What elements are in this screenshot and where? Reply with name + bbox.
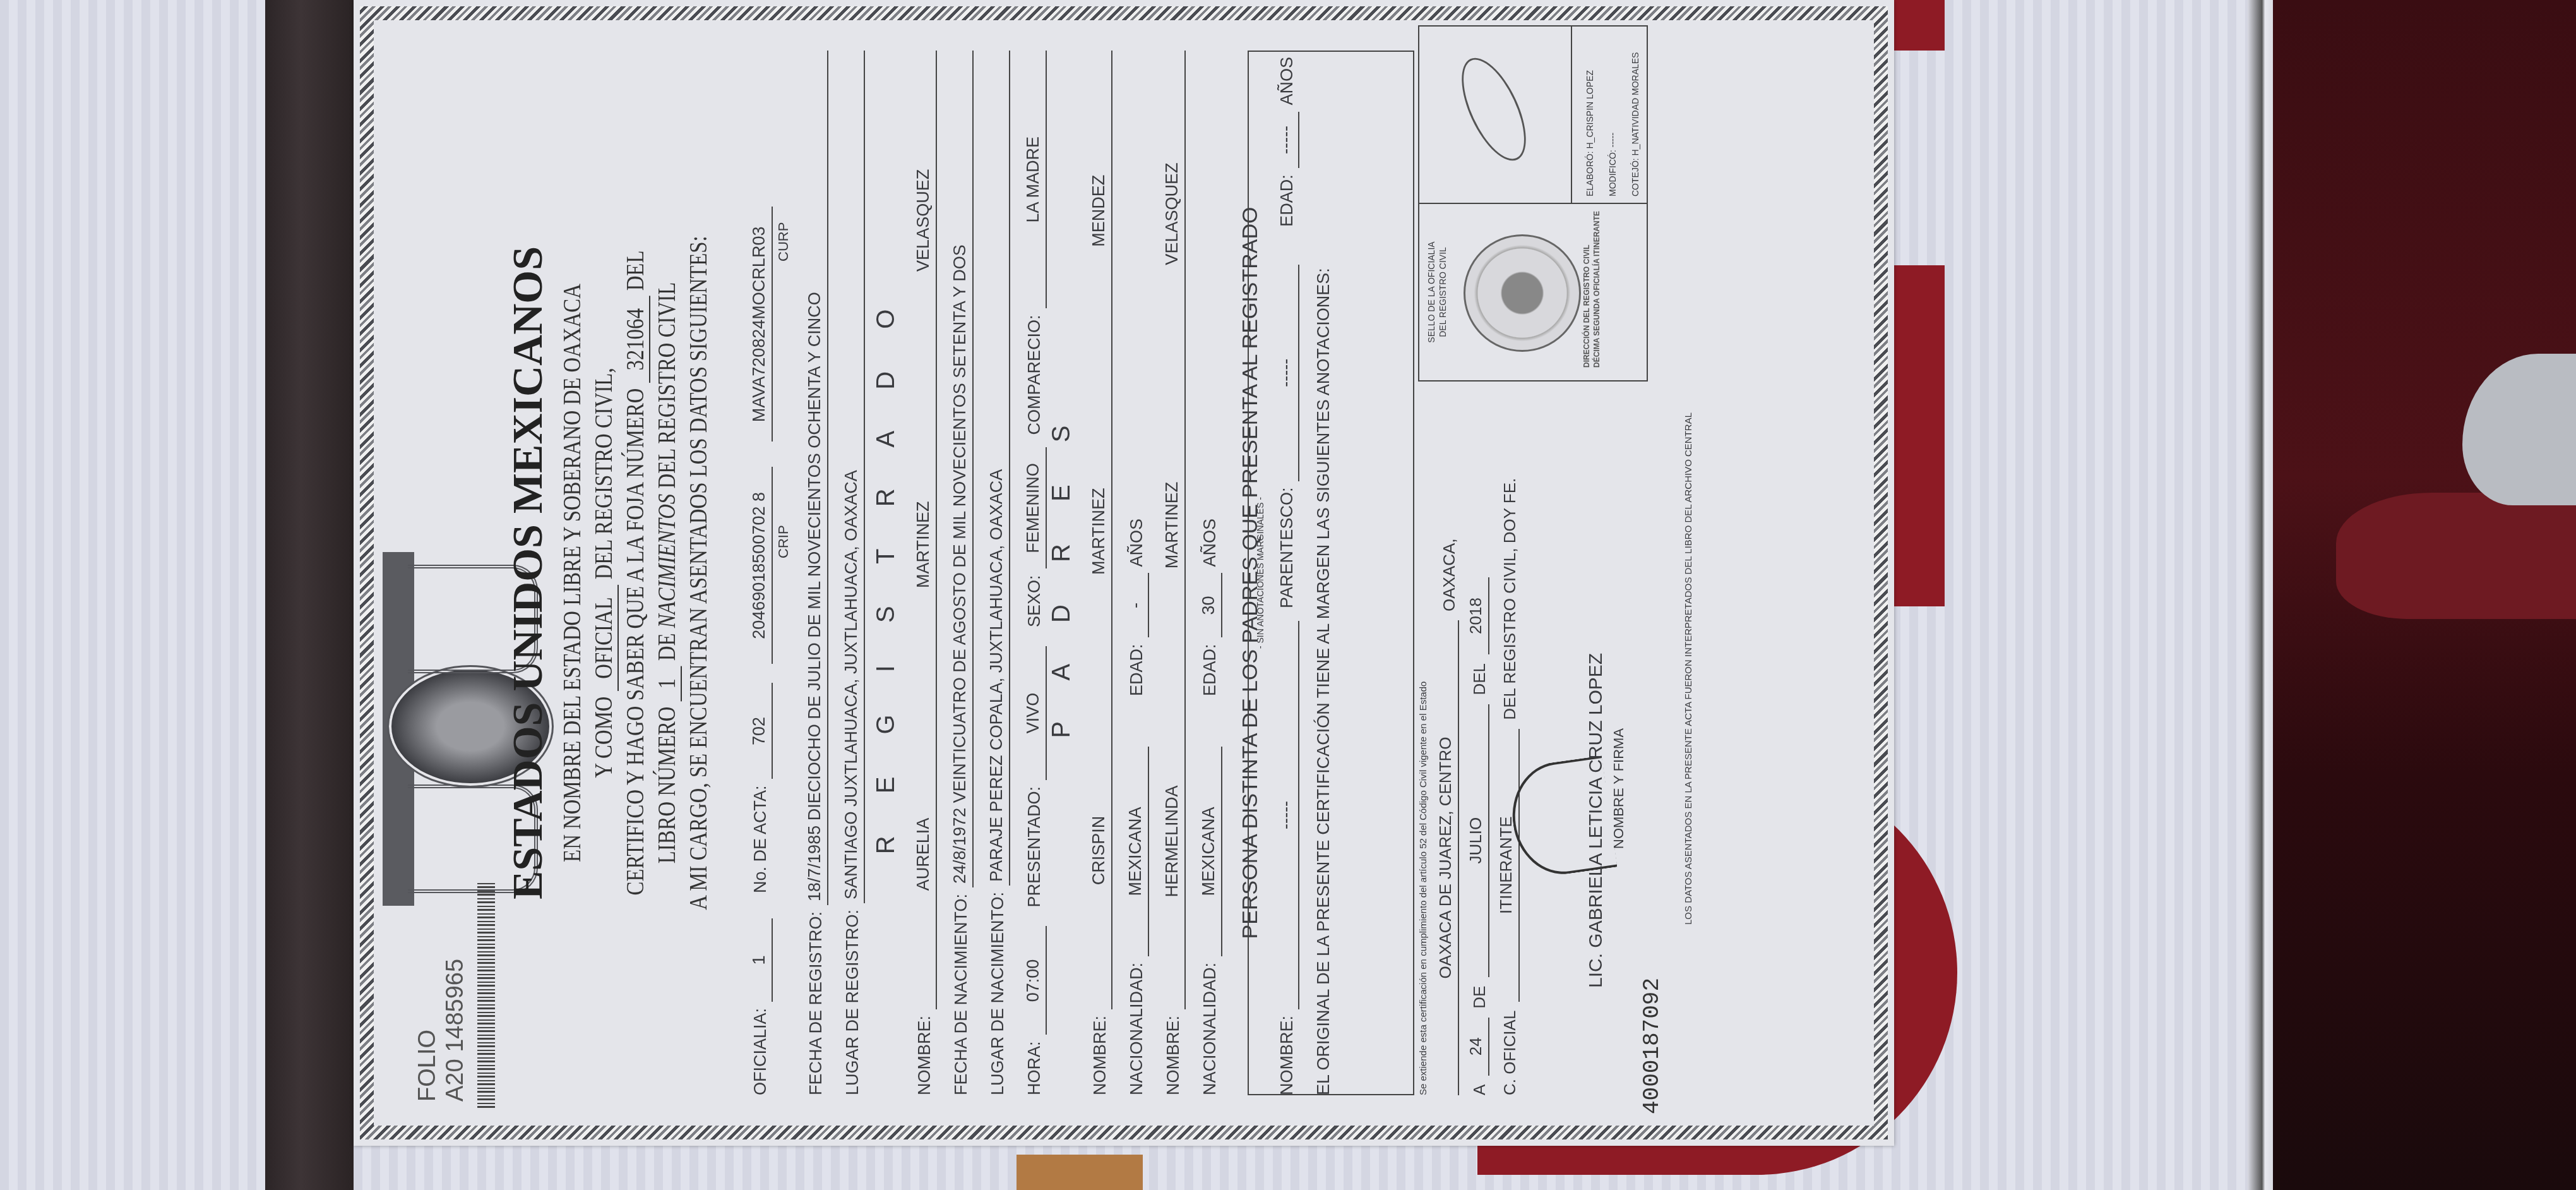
row-padres-heading: P A D R E S	[1047, 51, 1076, 1095]
certification-place-line: OAXACA DE JUAREZ, CENTRO OAXACA,	[1429, 400, 1459, 1095]
background-maroon-fold	[2336, 493, 2576, 619]
row-madre-nombre: NOMBRE: HERMELINDA MARTINEZ VELASQUEZ	[1149, 51, 1186, 1095]
nombre-value: AURELIA MARTINEZ VELASQUEZ	[914, 51, 937, 1009]
padre-nombre-label: NOMBRE:	[1090, 1016, 1112, 1095]
madre-first: HERMELINDA	[1162, 785, 1182, 897]
no-acta-value: 702	[749, 683, 773, 779]
fecha-nacimiento-value: 24/8/1972 VEINTICUATRO DE AGOSTO DE MIL …	[950, 51, 974, 887]
sexo-value: FEMENINO	[1023, 447, 1047, 568]
madre-nacionalidad-label: NACIONALIDAD:	[1200, 963, 1222, 1095]
padre-first: CRISPIN	[1089, 816, 1109, 886]
serial-number: 4000187092	[1639, 978, 1665, 1114]
oficial-title: OFICIAL	[589, 585, 619, 692]
date-a-label: A	[1470, 1085, 1489, 1095]
folio-number: A20 1485965	[442, 959, 470, 1102]
nombre-label: NOMBRE:	[915, 1016, 937, 1095]
date-del-label: DEL	[1470, 663, 1489, 695]
seal-label: SELLO DE LA OFICIALIA DEL REGISTRO CIVIL	[1419, 204, 1448, 380]
background-red-shape	[1888, 265, 1945, 606]
curp-label: CURP	[775, 222, 792, 261]
intro-line: EN NOMBRE DEL ESTADO LIBRE Y SOBERANO DE…	[556, 129, 588, 1016]
elaboro-value: H_CRISPIN LOPEZ	[1585, 70, 1595, 148]
row-fecha-nacimiento: FECHA DE NACIMIENTO: 24/8/1972 VEINTICUA…	[937, 51, 974, 1095]
staff-list: ELABORÓ: H_CRISPIN LOPEZ MODIFICÓ: -----…	[1578, 52, 1647, 196]
oficial-type: ITINERANTE	[1496, 729, 1520, 1002]
certification-oficial-line: C. OFICIAL ITINERANTE DEL REGISTRO CIVIL…	[1489, 400, 1520, 1095]
madre-apellido-materno: VELASQUEZ	[1162, 163, 1182, 265]
lugar-nacimiento-label: LUGAR DE NACIMIENTO:	[988, 892, 1010, 1095]
staff-cotejo: COTEJÓ: H_NATIVIDAD MORALES	[1624, 52, 1647, 196]
curp-value: MAVA720824MOCRLR03	[749, 207, 773, 442]
fecha-nacimiento-label: FECHA DE NACIMIENTO:	[951, 894, 974, 1095]
row-fecha-registro: FECHA DE REGISTRO: 18/7/1985 DIECIOCHO D…	[792, 51, 828, 1095]
certification-intro: EN NOMBRE DEL ESTADO LIBRE Y SOBERANO DE…	[556, 32, 714, 1114]
modifico-value: -----	[1607, 133, 1618, 147]
seal-and-staff-box: SELLO DE LA OFICIALIA DEL REGISTRO CIVIL…	[1418, 25, 1648, 382]
fecha-registro-value: 18/7/1985 DIECIOCHO DE JULIO DE MIL NOVE…	[805, 51, 828, 905]
padre-apellido-materno: MENDEZ	[1089, 175, 1109, 247]
cotejo-value: H_NATIVIDAD MORALES	[1630, 52, 1640, 156]
footnote: LOS DATOS ASENTADOS EN LA PRESENTE ACTA …	[1683, 412, 1694, 925]
elaboro-label: ELABORÓ:	[1585, 151, 1595, 196]
record-fields: OFICIALIA: 1 No. DE ACTA: 702 2046901850…	[736, 51, 1336, 1095]
madre-edad-value: 30	[1199, 573, 1222, 637]
staff-elaboro: ELABORÓ: H_CRISPIN LOPEZ	[1578, 52, 1601, 196]
intro-text: DEL	[621, 251, 649, 291]
padre-edad-label: EDAD:	[1127, 644, 1149, 696]
row-lugar-registro: LUGAR DE REGISTRO: SANTIAGO JUXTLAHUACA,…	[828, 51, 865, 1095]
padres-heading: P A D R E S	[1047, 51, 1076, 1095]
signatory-name: LIC. GABRIELA LETICIA CRUZ LOPEZ	[1585, 653, 1607, 988]
intro-text: DEL REGISTRO CIVIL	[652, 282, 681, 489]
madre-edad-label: EDAD:	[1200, 644, 1222, 696]
nombre-apellido-materno: VELASQUEZ	[914, 169, 933, 272]
oficialia-label: OFICIALIA:	[751, 1008, 773, 1095]
certification-state: OAXACA,	[1440, 538, 1459, 611]
madre-anos-label: AÑOS	[1200, 519, 1222, 567]
row-hora: HORA: 07:00 PRESENTADO: VIVO SEXO: FEMEN…	[1010, 51, 1047, 1095]
intro-line: Y COMO OFICIAL DEL REGISTRO CIVIL,	[588, 129, 619, 1016]
background-orange-shape	[1017, 1155, 1143, 1190]
crip-value: 20469018500702 8	[749, 467, 773, 664]
intro-line: LIBRO NÚMERO 1 DE NACIMIENTOS DEL REGIST…	[651, 129, 683, 1016]
row-registrado-heading: R E G I S T R A D O	[865, 51, 900, 1095]
birth-certificate: FOLIO A20 1485965 ESTADOS UNIDOS MEXICAN…	[354, 0, 1894, 1146]
nombre-apellido-paterno: MARTINEZ	[914, 502, 933, 589]
certification-place: OAXACA DE JUAREZ, CENTRO	[1436, 620, 1459, 1095]
document-title: ESTADOS UNIDOS MEXICANOS	[503, 32, 552, 1114]
certification-block: Se extiende esta certificación en cumpli…	[1418, 400, 1520, 1095]
no-acta-label: No. DE ACTA:	[751, 785, 773, 893]
certification-month: JULIO	[1466, 704, 1489, 977]
lugar-registro-value: SANTIAGO JUXTLAHUACA, JUXTLAHUACA, OAXAC…	[842, 51, 865, 903]
libro-type: NACIMIENTOS	[652, 494, 681, 628]
oficial-label: C. OFICIAL	[1500, 1011, 1520, 1095]
certification-year: 2018	[1466, 577, 1489, 654]
cotejo-label: COTEJÓ:	[1630, 158, 1640, 196]
certification-date-line: A 24 DE JULIO DEL 2018	[1459, 400, 1489, 1095]
row-madre-nacionalidad: NACIONALIDAD: MEXICANA EDAD: 30 AÑOS	[1186, 51, 1222, 1095]
padre-nacionalidad-label: NACIONALIDAD:	[1127, 963, 1149, 1095]
background-dark-strip	[265, 0, 354, 1190]
padre-edad-value: -	[1126, 573, 1149, 637]
lugar-nacimiento-value: PARAJE PEREZ COPALA, JUXTLAHUACA, OAXACA	[987, 51, 1010, 886]
background-red-shape	[1894, 0, 1945, 51]
comparecio-label: COMPARECIO:	[1025, 315, 1047, 435]
seal-label-line: DEL REGISTRO CIVIL	[1437, 204, 1448, 380]
staff-modifico: MODIFICÓ: -----	[1601, 52, 1624, 196]
madre-nombre-value: HERMELINDA MARTINEZ VELASQUEZ	[1162, 51, 1186, 1009]
padre-apellido-paterno: MARTINEZ	[1089, 488, 1109, 575]
state-seal-icon	[1464, 234, 1581, 352]
seal-panel: SELLO DE LA OFICIALIA DEL REGISTRO CIVIL…	[1419, 203, 1647, 380]
nombre-first: AURELIA	[914, 818, 933, 891]
barcode-icon	[477, 880, 495, 1108]
signature-label: NOMBRE Y FIRMA	[1611, 728, 1627, 849]
certification-closing: DEL REGISTRO CIVIL, DOY FE.	[1500, 478, 1520, 720]
presentado-value: VIVO	[1023, 646, 1047, 780]
stamp-line: DIRECCIÓN DEL REGISTRO CIVIL	[1582, 211, 1592, 368]
intro-line: CERTIFICO Y HAGO SABER QUE A LA FOJA NÚM…	[619, 129, 651, 1016]
anotaciones-box: - SIN ANOTACIONES MARGINALES -	[1248, 51, 1414, 1095]
row-padre-nombre: NOMBRE: CRISPIN MARTINEZ MENDEZ	[1076, 51, 1112, 1095]
intro-line: A MI CARGO, SE ENCUENTRAN ASENTADOS LOS …	[683, 129, 714, 1016]
crip-label: CRIP	[775, 525, 792, 558]
registrado-heading: R E G I S T R A D O	[872, 51, 900, 1095]
folio-label: FOLIO	[414, 959, 442, 1102]
initials-box	[1419, 27, 1572, 203]
row-lugar-nacimiento: LUGAR DE NACIMIENTO: PARAJE PEREZ COPALA…	[974, 51, 1010, 1095]
hora-value: 07:00	[1023, 926, 1047, 1035]
staff-panel: ELABORÓ: H_CRISPIN LOPEZ MODIFICÓ: -----…	[1419, 27, 1647, 203]
intro-text: CERTIFICO Y HAGO SABER QUE A LA FOJA NÚM…	[621, 388, 649, 896]
libro-number: 1	[652, 666, 682, 701]
intro-text: Y COMO	[589, 697, 617, 778]
certification-intro-text: Se extiende esta certificación en cumpli…	[1418, 400, 1429, 1095]
modifico-label: MODIFICÓ:	[1607, 150, 1618, 196]
row-padre-nacionalidad: NACIONALIDAD: MEXICANA EDAD: - AÑOS	[1112, 51, 1149, 1095]
row-oficialia: OFICIALIA: 1 No. DE ACTA: 702 2046901850…	[736, 51, 773, 1095]
padre-nombre-value: CRISPIN MARTINEZ MENDEZ	[1089, 51, 1112, 1009]
seal-label-line: SELLO DE LA OFICIALIA	[1426, 204, 1437, 380]
initials-signature-icon	[1448, 49, 1539, 170]
padre-nacionalidad-value: MEXICANA	[1126, 747, 1149, 956]
intro-text: DE	[652, 634, 681, 661]
oficialia-value: 1	[749, 918, 773, 1002]
madre-nacionalidad-value: MEXICANA	[1199, 747, 1222, 956]
intro-text: LIBRO NÚMERO	[652, 706, 681, 863]
row-nombre: NOMBRE: AURELIA MARTINEZ VELASQUEZ	[900, 51, 937, 1095]
comparecio-value: LA MADRE	[1023, 51, 1047, 308]
anotaciones-content: - SIN ANOTACIONES MARGINALES -	[1255, 497, 1265, 649]
folio: FOLIO A20 1485965	[414, 959, 469, 1102]
presentado-label: PRESENTADO:	[1025, 786, 1047, 908]
date-de-label: DE	[1470, 986, 1489, 1009]
row-crip-curp-labels: CRIP CURP	[773, 51, 792, 1095]
intro-text: DEL REGISTRO CIVIL,	[589, 368, 617, 579]
padre-anos-label: AÑOS	[1127, 519, 1149, 567]
madre-apellido-paterno: MARTINEZ	[1162, 482, 1182, 569]
seal-stamp-text: DIRECCIÓN DEL REGISTRO CIVIL DÉCIMA SEGU…	[1582, 211, 1602, 368]
fecha-registro-label: FECHA DE REGISTRO:	[806, 911, 828, 1095]
sexo-label: SEXO:	[1025, 575, 1047, 627]
madre-nombre-label: NOMBRE:	[1164, 1016, 1186, 1095]
certification-day: 24	[1466, 1018, 1489, 1076]
hora-label: HORA:	[1025, 1041, 1047, 1095]
foja-number: 321064	[621, 296, 650, 383]
stamp-line: DÉCIMA SEGUNDA OFICIALÍA ITINERANTE	[1592, 211, 1602, 368]
lugar-registro-label: LUGAR DE REGISTRO:	[843, 910, 865, 1095]
